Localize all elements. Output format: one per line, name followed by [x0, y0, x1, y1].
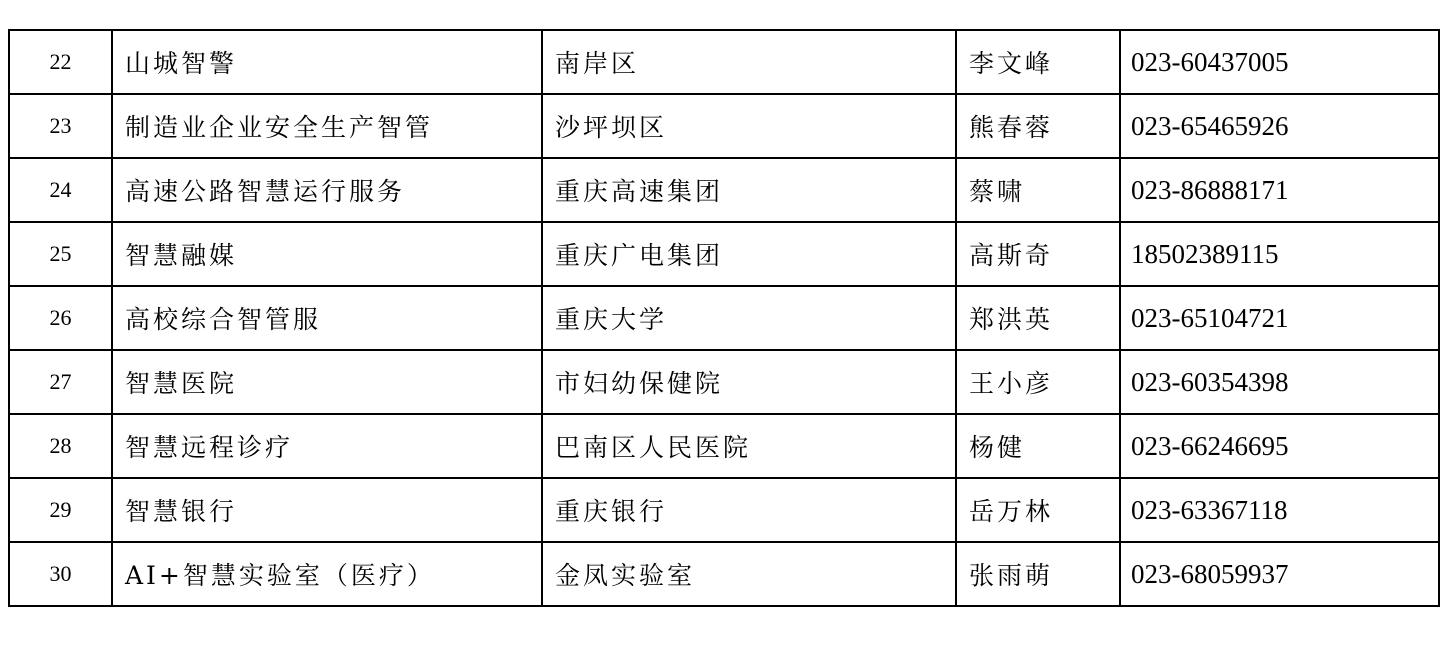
row-number: 30 — [9, 542, 112, 606]
contact-person: 李文峰 — [956, 30, 1120, 94]
scene-name: 山城智警 — [112, 30, 542, 94]
contact-person: 张雨萌 — [956, 542, 1120, 606]
table-row: 23 制造业企业安全生产智管 沙坪坝区 熊春蓉 023-65465926 — [9, 94, 1439, 158]
contact-table: 22 山城智警 南岸区 李文峰 023-60437005 23 制造业企业安全生… — [8, 29, 1440, 607]
unit-name: 沙坪坝区 — [542, 94, 956, 158]
unit-name: 南岸区 — [542, 30, 956, 94]
phone-number: 023-86888171 — [1120, 158, 1439, 222]
table-row: 22 山城智警 南岸区 李文峰 023-60437005 — [9, 30, 1439, 94]
unit-name: 金凤实验室 — [542, 542, 956, 606]
row-number: 28 — [9, 414, 112, 478]
contact-person: 杨健 — [956, 414, 1120, 478]
table-row: 27 智慧医院 市妇幼保健院 王小彦 023-60354398 — [9, 350, 1439, 414]
scene-name: 智慧医院 — [112, 350, 542, 414]
row-number: 24 — [9, 158, 112, 222]
phone-number: 023-65465926 — [1120, 94, 1439, 158]
phone-number: 023-65104721 — [1120, 286, 1439, 350]
scene-name: 高速公路智慧运行服务 — [112, 158, 542, 222]
phone-number: 18502389115 — [1120, 222, 1439, 286]
table-row: 29 智慧银行 重庆银行 岳万林 023-63367118 — [9, 478, 1439, 542]
contact-person: 岳万林 — [956, 478, 1120, 542]
row-number: 26 — [9, 286, 112, 350]
scene-name: 智慧远程诊疗 — [112, 414, 542, 478]
table-row: 24 高速公路智慧运行服务 重庆高速集团 蔡啸 023-86888171 — [9, 158, 1439, 222]
phone-number: 023-63367118 — [1120, 478, 1439, 542]
scene-name: 制造业企业安全生产智管 — [112, 94, 542, 158]
contact-person: 郑洪英 — [956, 286, 1120, 350]
unit-name: 重庆高速集团 — [542, 158, 956, 222]
unit-name: 巴南区人民医院 — [542, 414, 956, 478]
unit-name: 重庆广电集团 — [542, 222, 956, 286]
scene-name: AI+智慧实验室（医疗） — [112, 542, 542, 606]
phone-number: 023-60354398 — [1120, 350, 1439, 414]
unit-name: 重庆银行 — [542, 478, 956, 542]
phone-number: 023-60437005 — [1120, 30, 1439, 94]
table-row: 25 智慧融媒 重庆广电集团 高斯奇 18502389115 — [9, 222, 1439, 286]
table-row: 26 高校综合智管服 重庆大学 郑洪英 023-65104721 — [9, 286, 1439, 350]
row-number: 27 — [9, 350, 112, 414]
phone-number: 023-68059937 — [1120, 542, 1439, 606]
row-number: 29 — [9, 478, 112, 542]
scene-name: 高校综合智管服 — [112, 286, 542, 350]
contact-person: 高斯奇 — [956, 222, 1120, 286]
row-number: 23 — [9, 94, 112, 158]
row-number: 22 — [9, 30, 112, 94]
scene-name: 智慧融媒 — [112, 222, 542, 286]
unit-name: 市妇幼保健院 — [542, 350, 956, 414]
contact-person: 王小彦 — [956, 350, 1120, 414]
contact-person: 熊春蓉 — [956, 94, 1120, 158]
row-number: 25 — [9, 222, 112, 286]
table-row: 28 智慧远程诊疗 巴南区人民医院 杨健 023-66246695 — [9, 414, 1439, 478]
scene-name: 智慧银行 — [112, 478, 542, 542]
contact-person: 蔡啸 — [956, 158, 1120, 222]
unit-name: 重庆大学 — [542, 286, 956, 350]
table-row: 30 AI+智慧实验室（医疗） 金凤实验室 张雨萌 023-68059937 — [9, 542, 1439, 606]
phone-number: 023-66246695 — [1120, 414, 1439, 478]
